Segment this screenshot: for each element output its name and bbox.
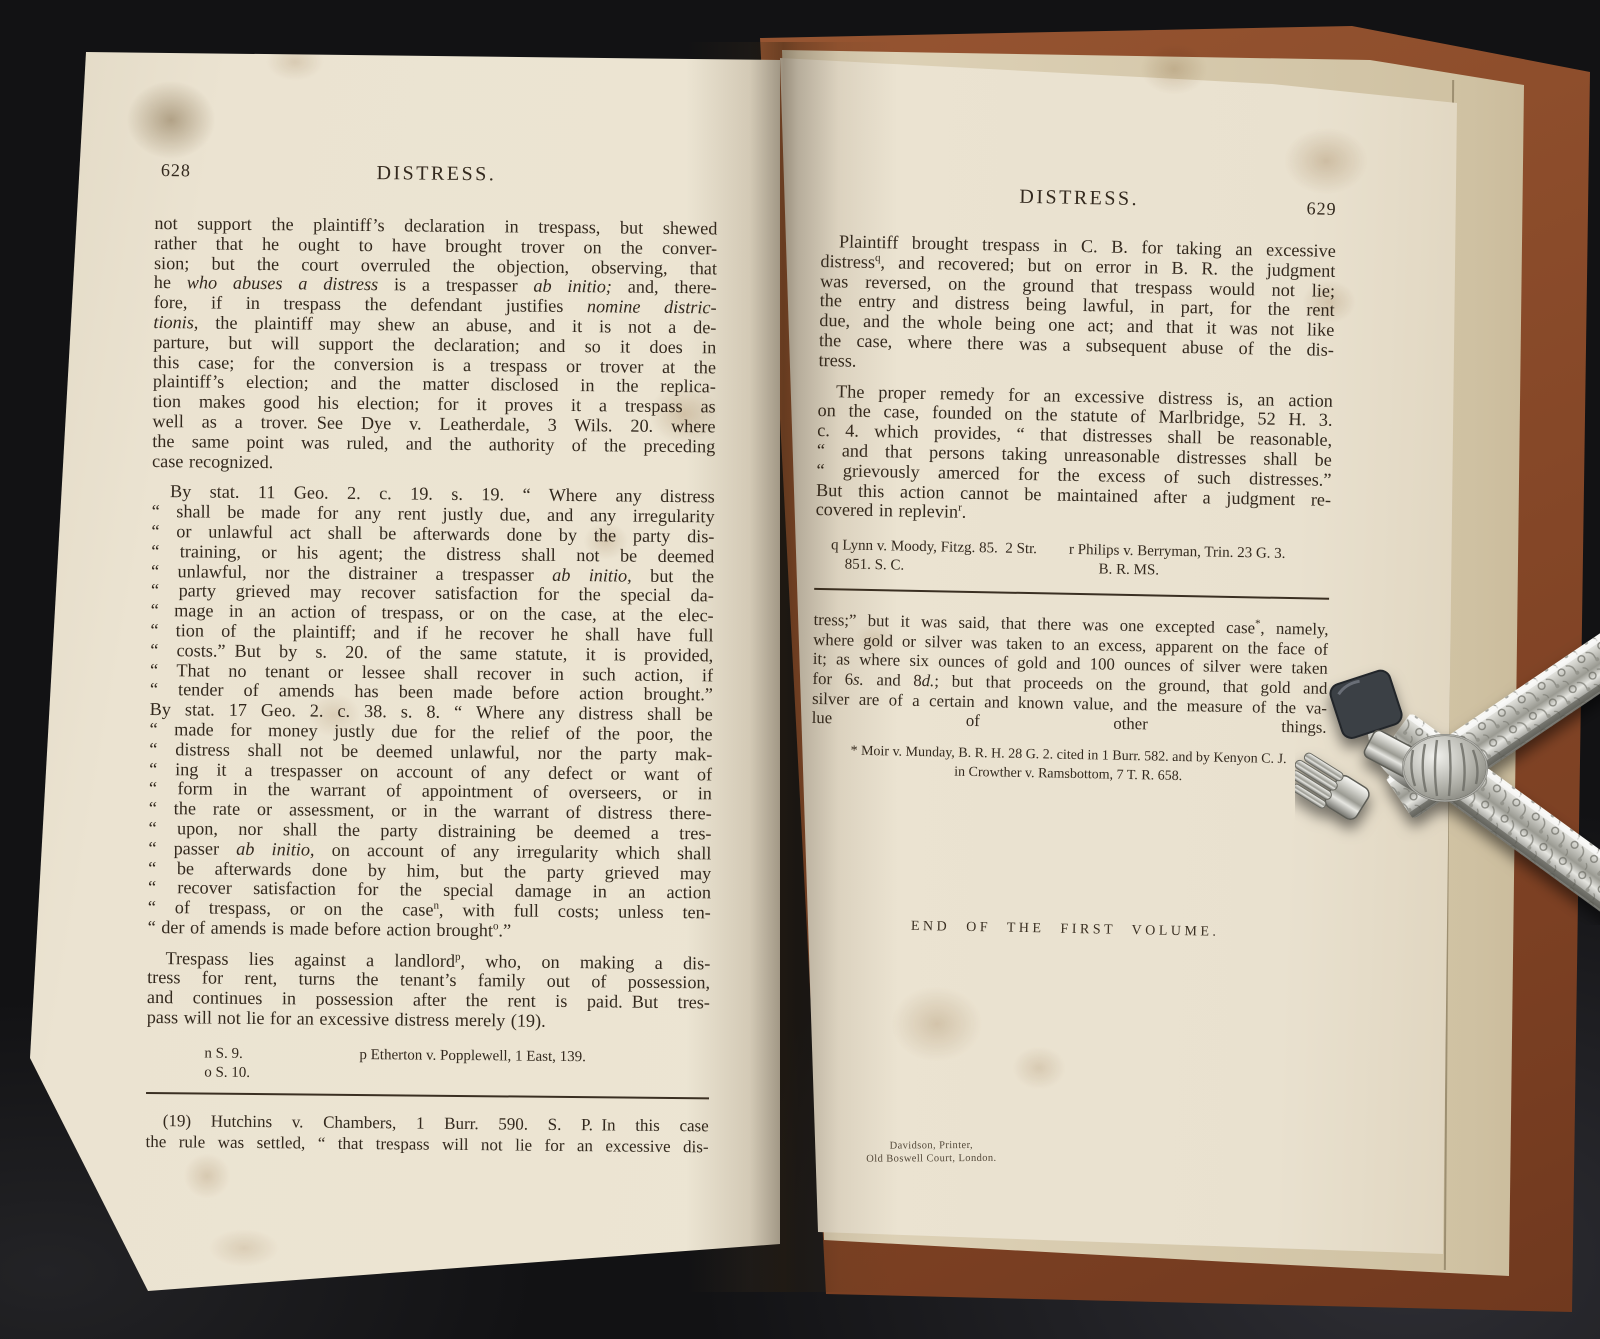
- text-line: Old Boswell Court, London.: [831, 1152, 1031, 1166]
- note-continuation: tress;” but it was said, that there was …: [812, 610, 1329, 737]
- left-page-header: 628 DISTRESS.: [155, 160, 718, 195]
- right-page-number: 629: [1306, 198, 1336, 220]
- footnote-column: p Etherton v. Popplewell, 1 East, 139.: [359, 1046, 709, 1087]
- numbered-note: (19) Hutchins v. Chambers, 1 Burr. 590. …: [145, 1110, 708, 1157]
- printer-imprint: Davidson, Printer,Old Boswell Court, Lon…: [831, 1139, 1031, 1165]
- text-line: o S. 10.: [204, 1063, 359, 1083]
- text-line: n S. 9.: [204, 1044, 359, 1064]
- paragraph-statute-quote: By stat. 11 Geo. 2. c. 19. s. 19. “ Wher…: [148, 482, 715, 943]
- paragraph: Plaintiff brought trespass in C. B. for …: [818, 232, 1336, 380]
- footnote-column: r Philips v. Berryman, Trin. 23 G. 3.B. …: [1068, 541, 1330, 584]
- footnote-column: q Lynn v. Moody, Fitzg. 85. 2 Str.851. S…: [830, 536, 1069, 579]
- bookmark-dark-stone: [1328, 668, 1404, 740]
- paragraph: The proper remedy for an excessive distr…: [816, 382, 1334, 530]
- photo-open-book: 628 DISTRESS. not support the plaintiff’…: [0, 0, 1600, 1339]
- left-running-title: DISTRESS.: [155, 160, 718, 188]
- footnote-row: n S. 9.o S. 10. p Etherton v. Popplewell…: [146, 1044, 709, 1087]
- footnote-row: q Lynn v. Moody, Fitzg. 85. 2 Str.851. S…: [814, 536, 1330, 584]
- footnote-rule: [146, 1092, 709, 1099]
- paragraph: not support the plaintiff’s declaration …: [152, 214, 717, 477]
- text-line: B. R. MS.: [1068, 560, 1329, 584]
- paragraph: Trespass lies against a landlordp, who, …: [147, 949, 711, 1034]
- text-line: the rule was settled, “ that trespass wi…: [145, 1131, 708, 1157]
- left-page-text: 628 DISTRESS. not support the plaintiff’…: [145, 160, 717, 1157]
- left-page-number: 628: [161, 160, 191, 181]
- right-running-title: DISTRESS.: [822, 182, 1337, 215]
- footnote-column: n S. 9.o S. 10.: [204, 1044, 359, 1083]
- silver-bookmark-clip: [1295, 600, 1600, 925]
- right-page-text: DISTRESS. 629 Plaintiff brought trespass…: [803, 182, 1337, 1172]
- bookmark-knot: [1403, 735, 1487, 801]
- right-page-header: DISTRESS. 629: [821, 182, 1336, 222]
- text-line: p Etherton v. Popplewell, 1 East, 139.: [359, 1046, 709, 1068]
- asterisk-note: * Moir v. Munday, B. R. H. 28 G. 2. cite…: [811, 741, 1327, 789]
- end-of-volume-line: END OF THE FIRST VOLUME.: [808, 917, 1323, 943]
- text-line: Davidson, Printer,: [831, 1139, 1031, 1153]
- bookmark-hand-charm: [1295, 749, 1372, 826]
- footnote-rule: [814, 588, 1329, 600]
